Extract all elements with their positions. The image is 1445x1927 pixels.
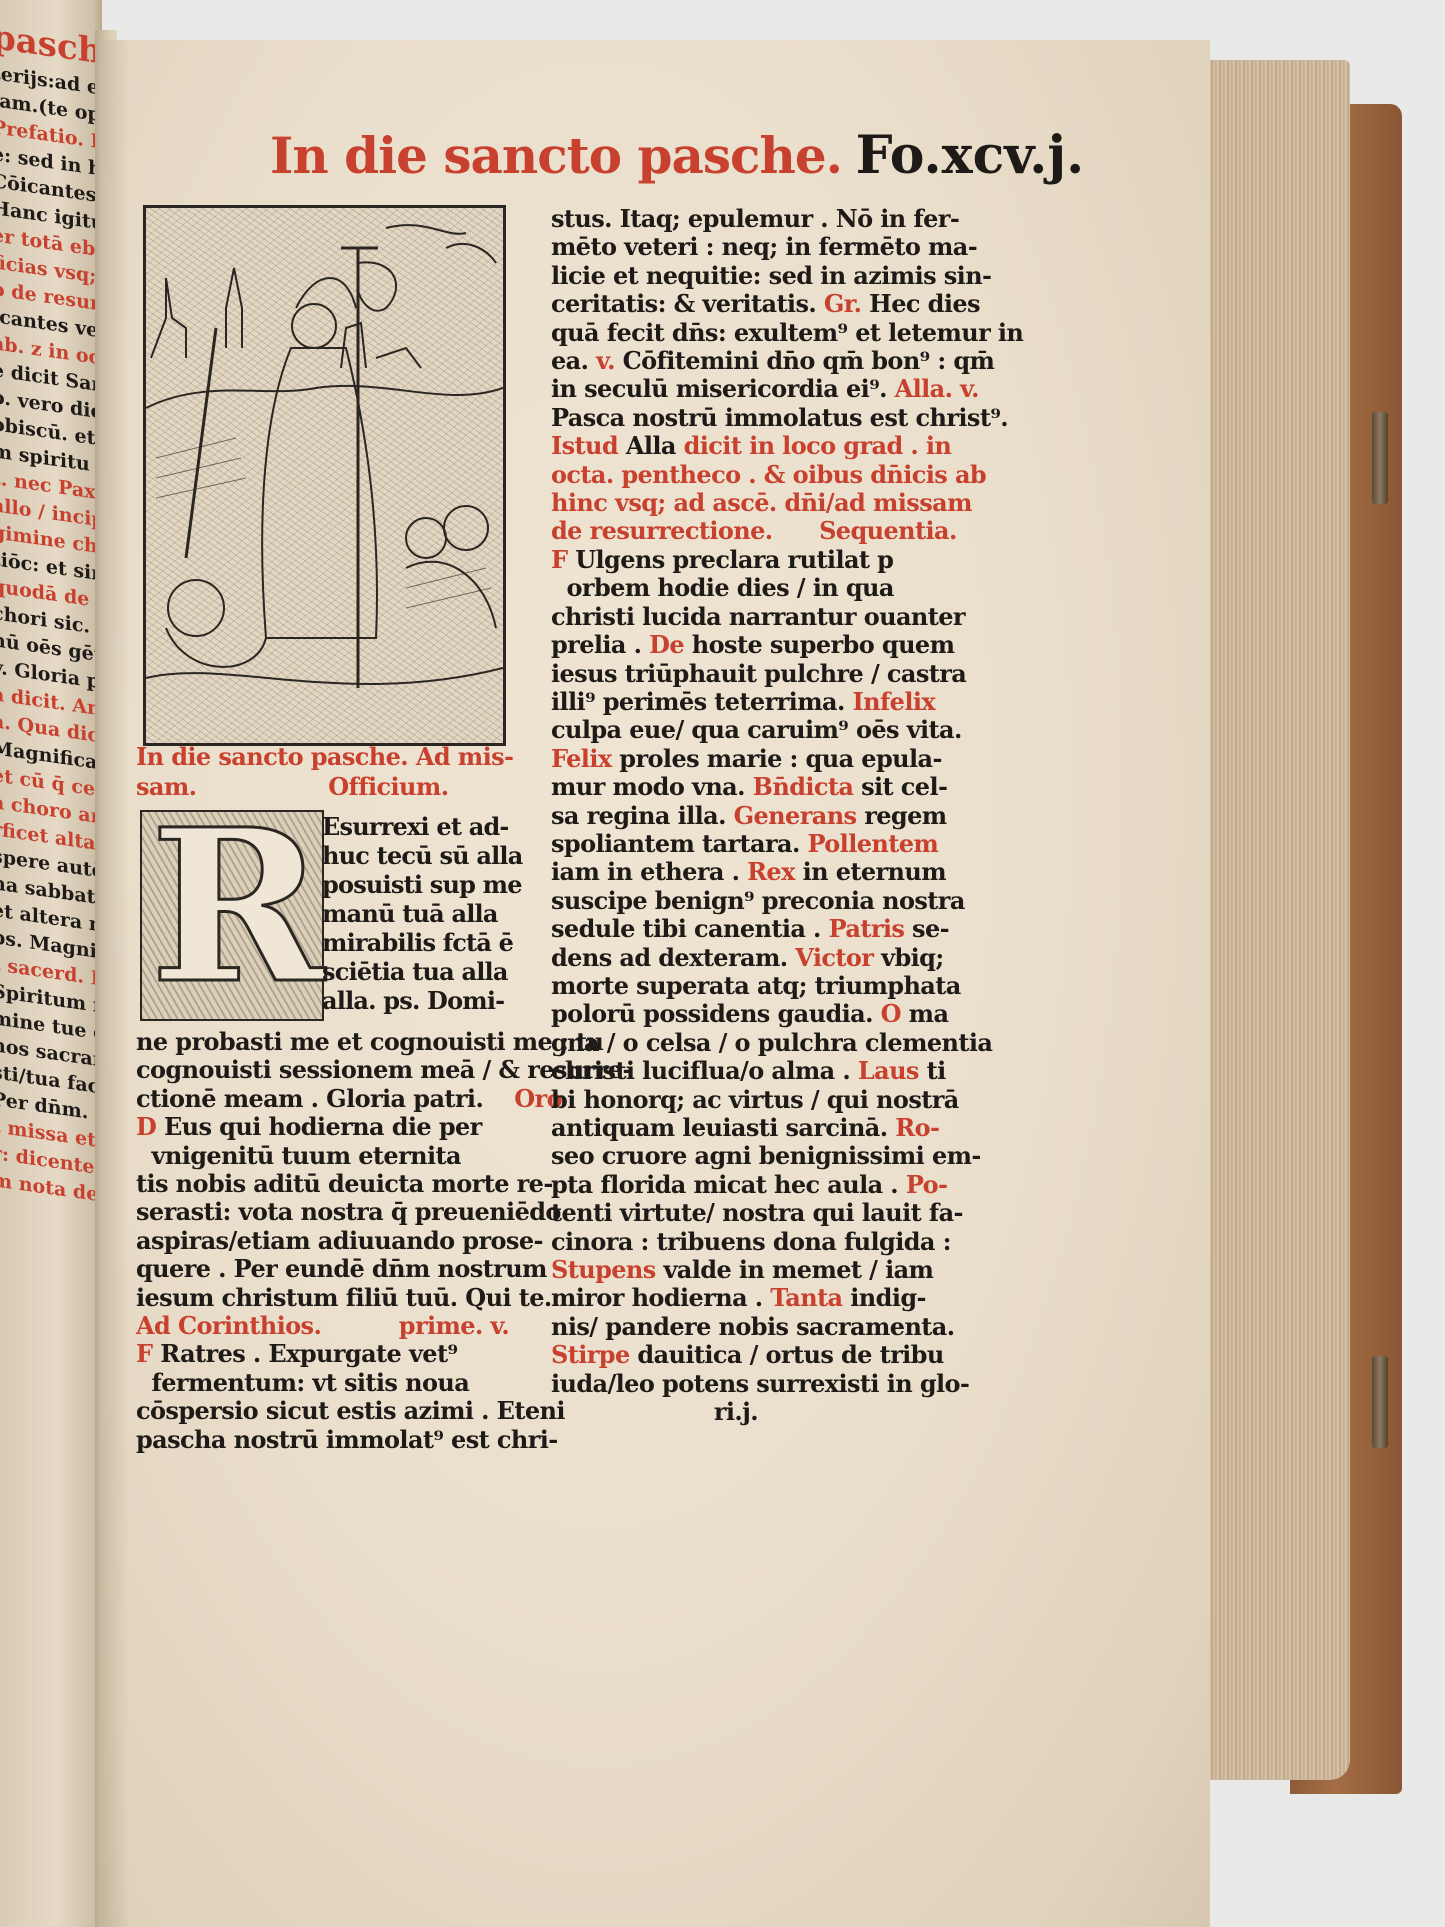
text-line: Stirpe dauitica / ortus de tribu (551, 1341, 946, 1369)
text-line: iuda/leo potens surrexisti in glo- (551, 1370, 946, 1398)
text-line: pta florida micat hec aula . Po- (551, 1171, 946, 1199)
text-line: ceritatis: & veritatis. Gr. Hec dies (551, 290, 946, 318)
text-line: Ad Corinthios. prime. v. (136, 1312, 508, 1340)
text-line: manū tuā alla (322, 899, 512, 928)
facing-page-text: pasche.,terijs:ad eternitateiam.(te opri… (0, 14, 102, 1211)
left-column-text: ne probasti me et cognouisti me : tucogn… (136, 1028, 508, 1454)
text-line: polorū possidens gaudia. O ma (551, 1000, 946, 1028)
text-line: quā fecit dn̄s: exultem⁹ et letemur in (551, 319, 946, 347)
text-line: cinora : tribuens dona fulgida : (551, 1228, 946, 1256)
text-line: iesus triūphauit pulchre / castra (551, 660, 946, 688)
text-line: mur modo vna. Bn̄dicta sit cel- (551, 773, 946, 801)
text-line: cognouisti sessionem meā / & resurre- (136, 1056, 508, 1084)
text-line: ri.j. (551, 1398, 946, 1426)
text-line: gna / o celsa / o pulchra clementia (551, 1029, 946, 1057)
clasp-upper (1372, 412, 1388, 504)
text-line: de resurrectione. Sequentia. (551, 517, 946, 545)
text-line: serasti: vota nostra q̄ preueniēdo (136, 1198, 508, 1226)
text-line: posuisti sup me (322, 870, 512, 899)
text-line: Stupens valde in memet / iam (551, 1256, 946, 1284)
text-line: Esurrexi et ad- (322, 812, 512, 841)
text-line: F Ulgens preclara rutilat p (551, 546, 946, 574)
text-line: quere . Per eundē dn̄m nostrum (136, 1255, 508, 1283)
text-line: sciētia tua alla (322, 957, 512, 986)
text-line: christi luciflua/o alma . Laus ti (551, 1057, 946, 1085)
text-line: sa regina illa. Generans regem (551, 802, 946, 830)
text-line: sedule tibi canentia . Patris se- (551, 915, 946, 943)
text-line: pascha nostrū immolat⁹ est chri- (136, 1426, 508, 1454)
text-line: nis/ pandere nobis sacramenta. (551, 1313, 946, 1341)
text-line: octa. pentheco . & oibus dn̄icis ab (551, 461, 946, 489)
text-line: illi⁹ perimēs teterrima. Infelix (551, 688, 946, 716)
text-line: alla. ps. Domi- (322, 986, 512, 1015)
facing-page: pasche.,terijs:ad eternitateiam.(te opri… (0, 0, 102, 1927)
decorated-initial-R: R (140, 810, 324, 1021)
text-line: in seculū misericordia ei⁹. Alla. v. (551, 375, 946, 403)
text-line: mēto veteri : neq; in fermēto ma- (551, 233, 946, 261)
text-line: vnigenitū tuum eternita (136, 1142, 508, 1170)
text-line: F Ratres . Expurgate vet⁹ (136, 1340, 508, 1368)
resurrection-woodcut-icon (146, 208, 503, 743)
text-line: tis nobis aditū deuicta morte re- (136, 1170, 508, 1198)
text-line: seo cruore agni benignissimi em- (551, 1142, 946, 1170)
text-line: spoliantem tartara. Pollentem (551, 830, 946, 858)
text-line: Pasca nostrū immolatus est christ⁹. (551, 404, 946, 432)
running-title: In die sancto pasche. (270, 126, 842, 185)
text-line: culpa eue/ qua caruim⁹ oēs vita. (551, 716, 946, 744)
introit-text: Esurrexi et ad- huc tecū sū alla posuist… (322, 812, 512, 1015)
text-line: cōspersio sicut estis azimi . Eteni (136, 1397, 508, 1425)
text-line: iesum christum filiū tuū. Qui te. (136, 1284, 508, 1312)
text-line: ne probasti me et cognouisti me : tu (136, 1028, 508, 1056)
text-line: antiquam leuiasti sarcinā. Ro- (551, 1114, 946, 1142)
right-column-text: stus. Itaq; epulemur . Nō in fer-mēto ve… (551, 205, 946, 1426)
text-line: iam in ethera . Rex in eternum (551, 858, 946, 886)
text-line: bi honorq; ac virtus / qui nostrā (551, 1086, 946, 1114)
text-line: dens ad dexteram. Victor vbiq; (551, 944, 946, 972)
text-line: Felix proles marie : qua epula- (551, 745, 946, 773)
text-line: ea. v. Cōfitemini dn̄o qm̄ bon⁹ : qm̄ (551, 347, 946, 375)
page-block-edges (1190, 60, 1350, 1780)
text-line: hinc vsq; ad ascē. dn̄i/ad missam (551, 489, 946, 517)
text-line: D Eus qui hodierna die per (136, 1113, 508, 1141)
text-line: aspiras/etiam adiuuando prose- (136, 1227, 508, 1255)
text-line: prelia . De hoste superbo quem (551, 631, 946, 659)
folio-number: Fo.xcv.j. (856, 125, 1085, 186)
text-line: licie et nequitie: sed in azimis sin- (551, 262, 946, 290)
clasp-lower (1372, 1356, 1388, 1448)
text-line: stus. Itaq; epulemur . Nō in fer- (551, 205, 946, 233)
page-header: In die sancto pasche. Fo.xcv.j. (270, 125, 1084, 186)
text-line: miror hodierna . Tanta indig- (551, 1284, 946, 1312)
text-line: ctionē meam . Gloria patri. Oro (136, 1085, 508, 1113)
text-line: mirabilis fctā ē (322, 928, 512, 957)
text-line: christi lucida narrantur ouanter (551, 603, 946, 631)
text-line: fermentum: vt sitis noua (136, 1369, 508, 1397)
text-line: morte superata atq; triumphata (551, 972, 946, 1000)
text-line: tenti virtute/ nostra qui lauit fa- (551, 1199, 946, 1227)
woodcut-illustration (143, 205, 506, 746)
letter-R-icon: R (150, 802, 325, 1012)
heading-line: In die sancto pasche. Ad mis- (136, 742, 508, 772)
text-line: orbem hodie dies / in qua (551, 574, 946, 602)
text-line: suscipe benign⁹ preconia nostra (551, 887, 946, 915)
text-line: huc tecū sū alla (322, 841, 512, 870)
text-line: Istud Alla dicit in loco grad . in (551, 432, 946, 460)
